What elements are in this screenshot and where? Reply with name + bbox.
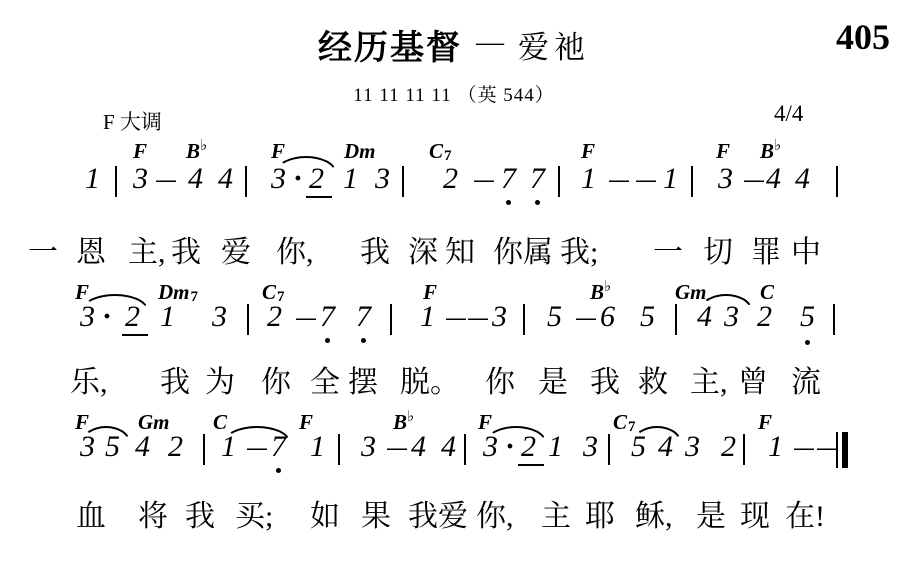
note: 7 xyxy=(501,164,516,194)
lyric-syllable: 一 xyxy=(653,227,683,271)
note: 4 xyxy=(135,432,150,462)
note: 2 xyxy=(443,164,458,194)
title-row: 经历基督 — 爱祂 xyxy=(0,20,908,69)
lyric-syllable: 将 xyxy=(138,491,168,535)
note: 1 xyxy=(768,432,783,462)
lyric-syllable: 流 xyxy=(791,357,821,401)
note: 3 xyxy=(492,302,507,332)
lyric-syllable: 摆 xyxy=(348,357,378,401)
low-octave-dot xyxy=(361,338,366,343)
note: 3 xyxy=(685,432,700,462)
hymn-subtitle: 爱祂 xyxy=(518,22,590,67)
eighth-underline xyxy=(518,464,544,466)
lyric-syllable: 是 xyxy=(538,357,568,401)
lyric-syllable: 我 xyxy=(185,491,215,535)
lyric-syllable: 如 xyxy=(310,491,340,535)
chord: B♭ xyxy=(760,139,782,164)
low-octave-dot xyxy=(805,340,810,345)
chord: F xyxy=(133,139,148,164)
lyric-syllable: 主, xyxy=(128,227,166,271)
lyric-syllable: 我 xyxy=(160,357,190,401)
note: 3 xyxy=(375,164,390,194)
dash-note: — xyxy=(609,164,629,194)
barline xyxy=(247,304,249,335)
lyric-syllable: 一 xyxy=(28,227,58,271)
dash-note: — xyxy=(446,302,466,332)
lyric-syllable: 爱 xyxy=(438,491,468,535)
dash-note: — xyxy=(576,302,596,332)
note: 3 xyxy=(212,302,227,332)
barline xyxy=(523,304,525,335)
dash-note: — xyxy=(387,432,407,462)
lyric-syllable: 你 xyxy=(493,227,523,271)
lyric-syllable: 耶 xyxy=(585,491,615,535)
chord: Dm xyxy=(344,139,377,164)
lyric-syllable: 罪 xyxy=(751,227,781,271)
lyric-syllable: 你 xyxy=(261,357,291,401)
lyric-syllable: 我 xyxy=(590,357,620,401)
note: 4 xyxy=(411,432,426,462)
low-octave-dot xyxy=(506,200,511,205)
slur xyxy=(633,426,681,442)
lyric-syllable: 知 xyxy=(445,227,475,271)
slur xyxy=(224,426,290,442)
dash-note: — xyxy=(296,302,316,332)
slur xyxy=(82,294,148,310)
lyric-syllable: 你, xyxy=(476,491,514,535)
lyric-syllable: 为 xyxy=(205,357,235,401)
slur xyxy=(700,294,752,310)
note: 4 xyxy=(188,164,203,194)
barline xyxy=(390,304,392,335)
chord: C7 xyxy=(429,139,452,164)
note: 3 xyxy=(361,432,376,462)
note: 4 xyxy=(795,164,810,194)
note: 2 xyxy=(267,302,282,332)
note: 3 xyxy=(133,164,148,194)
note: 5 xyxy=(640,302,655,332)
lyric-syllable: 曾 xyxy=(738,357,768,401)
lyric-syllable: 你, xyxy=(276,227,314,271)
lyric-syllable: 我 xyxy=(360,227,390,271)
barline xyxy=(836,166,838,197)
note: 2 xyxy=(168,432,183,462)
barline xyxy=(608,434,610,465)
low-octave-dot xyxy=(276,468,281,473)
dash-note: — xyxy=(636,164,656,194)
dash-note: — xyxy=(817,432,837,462)
lyric-syllable: 深 xyxy=(408,227,438,271)
hymn-title: 经历基督 xyxy=(318,20,462,69)
note: 1 xyxy=(581,164,596,194)
lyric-syllable: 我 xyxy=(408,491,438,535)
lyric-syllable: 脱。 xyxy=(400,357,460,401)
lyric-syllable: 血 xyxy=(76,491,106,535)
note: 7 xyxy=(320,302,335,332)
note: 1 xyxy=(160,302,175,332)
dash-note: — xyxy=(474,164,494,194)
chord: F xyxy=(581,139,596,164)
note: 7 xyxy=(356,302,371,332)
barline xyxy=(203,434,205,465)
lyric-syllable: 全 xyxy=(310,357,340,401)
barline xyxy=(338,434,340,465)
barline xyxy=(675,304,677,335)
final-barline-thin xyxy=(836,432,838,468)
dash-note: — xyxy=(156,164,176,194)
low-octave-dot xyxy=(535,200,540,205)
chord: F xyxy=(716,139,731,164)
low-octave-dot xyxy=(325,338,330,343)
barline xyxy=(464,434,466,465)
note: 1 xyxy=(420,302,435,332)
lyric-syllable: 主, xyxy=(690,357,728,401)
lyric-syllable: 我; xyxy=(560,227,598,271)
barline xyxy=(558,166,560,197)
lyric-syllable: 切 xyxy=(703,227,733,271)
note: 3 xyxy=(718,164,733,194)
lyric-syllable: 主 xyxy=(541,491,571,535)
lyric-syllable: 是 xyxy=(696,491,726,535)
barline xyxy=(743,434,745,465)
barline xyxy=(402,166,404,197)
note: 1 xyxy=(663,164,678,194)
lyric-syllable: 稣, xyxy=(635,491,673,535)
eighth-underline xyxy=(122,334,148,336)
note: 7 xyxy=(530,164,545,194)
key-signature: F 大调 xyxy=(103,106,162,136)
final-barline-thick xyxy=(842,432,848,468)
dash-note: — xyxy=(744,164,764,194)
note: 3 xyxy=(583,432,598,462)
barline xyxy=(691,166,693,197)
lyric-syllable: 属 xyxy=(523,227,553,271)
note: 2 xyxy=(757,302,772,332)
note: 1 xyxy=(310,432,325,462)
note: 1 xyxy=(548,432,563,462)
lyric-syllable: 我 xyxy=(171,227,201,271)
lyric-syllable: 中 xyxy=(791,227,821,271)
lyric-syllable: 现 xyxy=(740,491,770,535)
note: 4 xyxy=(441,432,456,462)
lyric-syllable: 救 xyxy=(638,357,668,401)
note: 6 xyxy=(600,302,615,332)
lyric-syllable: 你 xyxy=(485,357,515,401)
note: 2 xyxy=(721,432,736,462)
lyric-syllable: 爱 xyxy=(221,227,251,271)
barline xyxy=(833,304,835,335)
note: 5 xyxy=(800,302,815,332)
note: 5 xyxy=(547,302,562,332)
lyric-syllable: 在! xyxy=(785,491,825,535)
time-signature: 4/4 xyxy=(774,101,803,127)
slur xyxy=(486,426,546,442)
dash-note: — xyxy=(794,432,814,462)
barline xyxy=(245,166,247,197)
title-dash: — xyxy=(476,27,504,59)
note: 1 xyxy=(85,164,100,194)
note: 1 xyxy=(343,164,358,194)
note: 4 xyxy=(218,164,233,194)
eighth-underline xyxy=(306,196,332,198)
note: 4 xyxy=(766,164,781,194)
meter-line: 11 11 11 11 （英 544） xyxy=(0,80,908,107)
chord: B♭ xyxy=(186,139,208,164)
lyric-syllable: 果 xyxy=(361,491,391,535)
barline xyxy=(115,166,117,197)
dash-note: — xyxy=(468,302,488,332)
lyric-syllable: 乐, xyxy=(70,357,108,401)
hymn-sheet: 405 经历基督 — 爱祂 11 11 11 11 （英 544） F 大调 4… xyxy=(0,0,908,571)
lyric-syllable: 恩 xyxy=(76,227,106,271)
lyric-syllable: 买; xyxy=(235,491,273,535)
